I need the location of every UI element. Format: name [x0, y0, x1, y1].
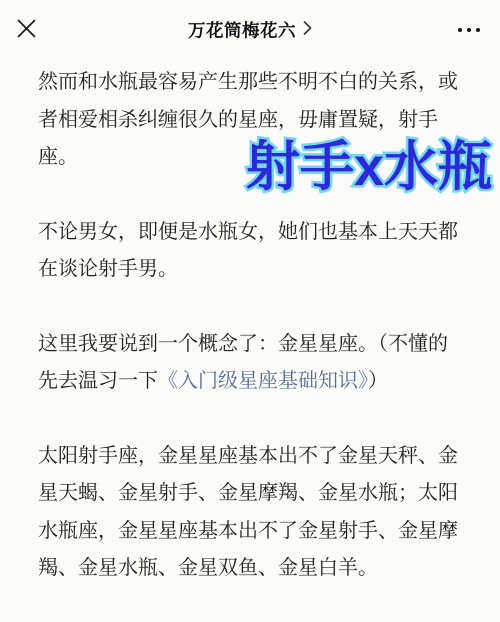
more-icon — [458, 28, 481, 33]
close-icon — [16, 18, 37, 42]
account-title[interactable]: 万花筒梅花六 — [188, 18, 312, 43]
paragraph-1: 然而和水瓶最容易产生那些不明不白的关系，或者相爱相杀纠缠很久的星座，毋庸置疑，射… — [38, 64, 462, 177]
close-button[interactable] — [14, 18, 38, 42]
paragraph-3-suffix: ） — [368, 370, 388, 392]
header-bar: 万花筒梅花六 — [0, 0, 500, 60]
paragraph-3: 这里我要说到一个概念了：金星星座。（不懂的先去温习一下《入门级星座基础知识》） — [38, 326, 462, 401]
chevron-right-icon — [303, 20, 312, 40]
paragraph-2: 不论男女，即便是水瓶女，她们也基本上天天都在谈论射手男。 — [38, 214, 462, 289]
paragraph-4: 太阳射手座，金星星座基本出不了金星天秤、金星天蝎、金星射手、金星摩羯、金星水瓶；… — [38, 438, 462, 588]
more-menu-button[interactable] — [456, 22, 483, 39]
article-link-basic-astrology[interactable]: 《入门级星座基础知识》 — [158, 370, 368, 392]
page-title: 万花筒梅花六 — [188, 18, 296, 43]
article-body: 射手x水瓶 然而和水瓶最容易产生那些不明不白的关系，或者相爱相杀纠缠很久的星座，… — [0, 60, 500, 588]
